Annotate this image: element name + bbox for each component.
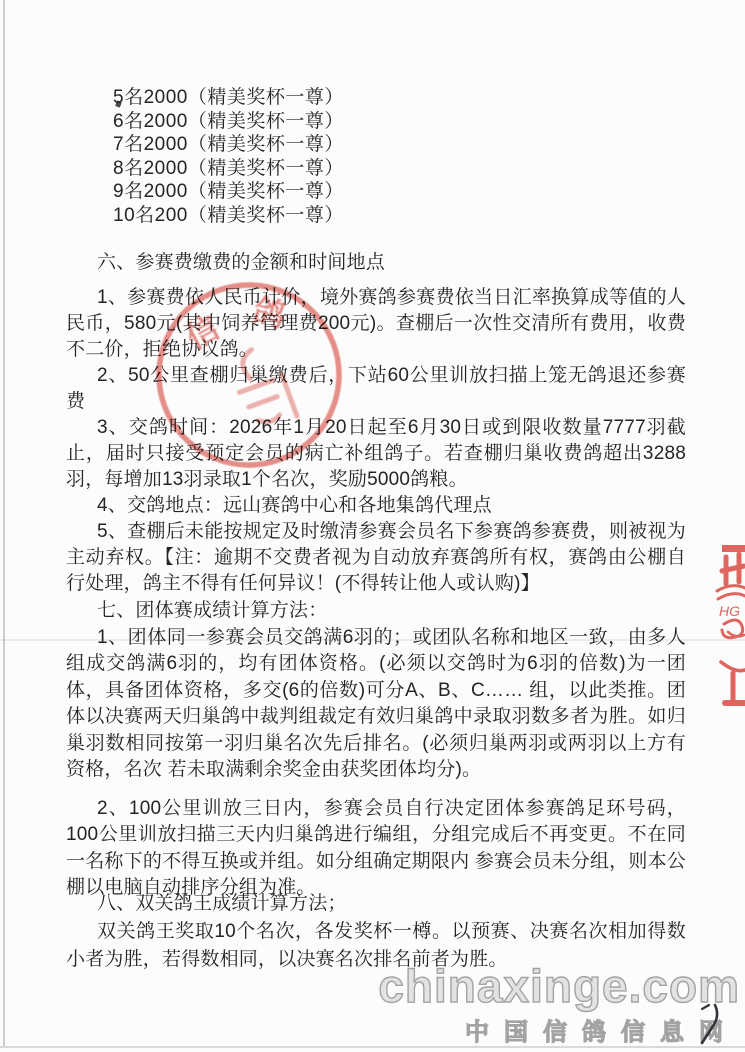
section-heading-king: 八、双关鸽王成绩计算方法； xyxy=(66,890,686,918)
paragraph-fee-4: 4、交鸽地点：远山赛鸽中心和各地集鸽代理点 xyxy=(66,493,686,519)
scan-edge-left xyxy=(3,0,5,1047)
watermark: chinaxinge.com 中国信鸽信息网 xyxy=(378,962,740,1047)
scanned-document-page: 5名2000（精美奖杯一尊） 6名2000（精美奖杯一尊） 7名2000（精美奖… xyxy=(0,0,745,1052)
section-heading-team: 七、团体赛成绩计算方法： xyxy=(66,598,686,625)
watermark-site-name: 中国信鸽信息网 xyxy=(378,1012,740,1047)
emblem-letters: HG xyxy=(719,603,740,619)
handwritten-mark xyxy=(697,1002,723,1046)
prize-list: 5名2000（精美奖杯一尊） 6名2000（精美奖杯一尊） 7名2000（精美奖… xyxy=(113,86,344,227)
paragraph-fee-5: 5、查棚后未能按规定及时缴清参赛会员名下参赛鸽参赛费，则被视为主动弃权。【注：逾… xyxy=(66,519,686,597)
edge-emblem-stamp: HG xyxy=(706,540,745,712)
section-team-results: 七、团体赛成绩计算方法： 1、团体同一参赛会员交鸽满6羽的；或团队名称和地区一致… xyxy=(66,598,686,902)
watermark-domain: chinaxinge.com xyxy=(378,962,740,1010)
paragraph-team-1: 1、团体同一参赛会员交鸽满6羽的；或团队名称和地区一致，由多人组成交鸽满6羽的，… xyxy=(66,625,686,784)
paragraph-team-2: 2、100公里训放三日内，参赛会员自行决定团体参赛鸽足环号码，100公里训放扫描… xyxy=(66,796,686,902)
prize-line: 10名200（精美奖杯一尊） xyxy=(113,204,344,228)
seal-inner-strokes xyxy=(227,343,297,432)
prize-line: 5名2000（精美奖杯一尊） xyxy=(113,86,344,110)
red-circular-seal-stamp: 信鸽 xyxy=(142,268,356,482)
prize-line: 9名2000（精美奖杯一尊） xyxy=(113,180,344,204)
prize-line: 7名2000（精美奖杯一尊） xyxy=(113,133,344,157)
prize-line: 6名2000（精美奖杯一尊） xyxy=(113,110,344,134)
prize-line: 8名2000（精美奖杯一尊） xyxy=(113,157,344,181)
